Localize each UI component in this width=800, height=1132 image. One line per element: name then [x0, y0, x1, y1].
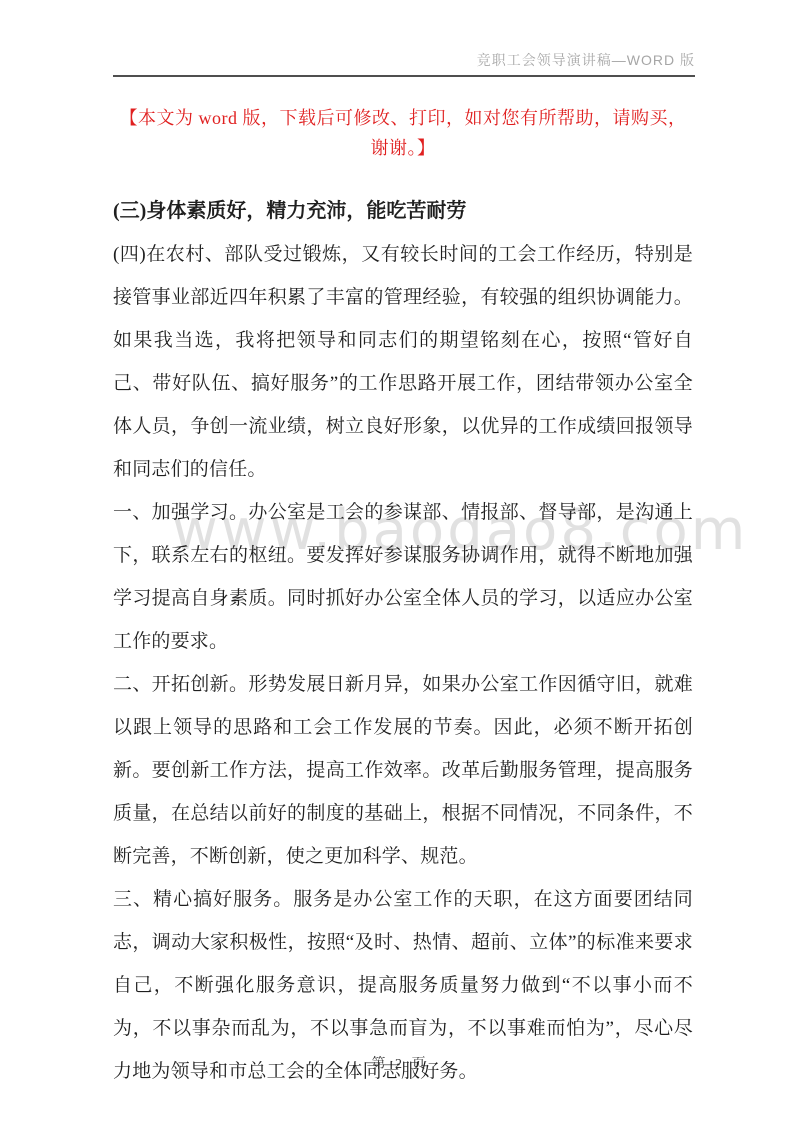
page-number: 第 2 页 — [372, 1057, 429, 1072]
document-page: 竞职工会领导演讲稿—WORD 版 www.baogao8.com 【本文为 wo… — [0, 0, 800, 1132]
page-header: 竞职工会领导演讲稿—WORD 版 — [113, 50, 695, 77]
purchase-notice: 【本文为 word 版，下载后可修改、打印，如对您有所帮助，请购买，谢谢。】 — [113, 103, 693, 163]
page-footer: 第 2 页 — [0, 1053, 800, 1073]
document-body: 【本文为 word 版，下载后可修改、打印，如对您有所帮助，请购买，谢谢。】 (… — [113, 103, 693, 1093]
paragraph-1: (四)在农村、部队受过锻炼，又有较长时间的工会工作经历，特别是接管事业部近四年积… — [113, 233, 693, 491]
paragraph-2: 一、加强学习。办公室是工会的参谋部、情报部、督导部，是沟通上下，联系左右的枢纽。… — [113, 491, 693, 663]
header-title: 竞职工会领导演讲稿—WORD 版 — [477, 52, 695, 68]
paragraph-3: 二、开拓创新。形势发展日新月异，如果办公室工作因循守旧，就难以跟上领导的思路和工… — [113, 663, 693, 878]
section-heading: (三)身体素质好，精力充沛，能吃苦耐劳 — [113, 190, 693, 233]
